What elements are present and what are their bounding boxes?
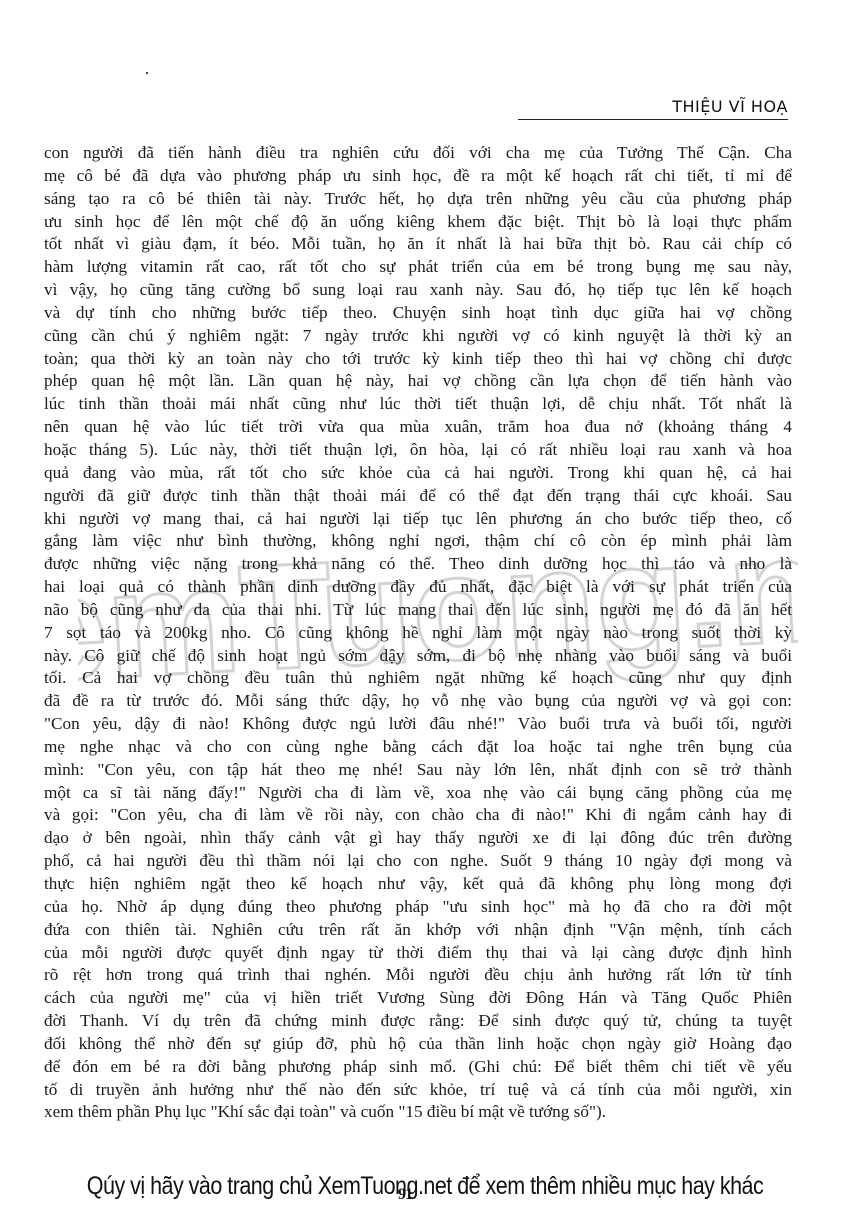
scan-speck (146, 72, 148, 74)
text-line: đời Thanh. Ví dụ trên đã chứng minh được… (44, 1010, 792, 1033)
text-line: cách của người mẹ" của vị hiền triết Vươ… (44, 987, 792, 1010)
text-line: phép quan hệ một lần. Lần quan hệ này, h… (44, 370, 792, 393)
text-line: dạo ở bên ngoài, nhìn thấy cảnh vật gì h… (44, 827, 792, 850)
text-line: ưu sinh học để lên một chế độ ăn uống ki… (44, 211, 792, 234)
text-line: toàn; qua thời kỳ an toàn này cho tới tr… (44, 348, 792, 371)
text-line: tối. Cả hai vợ chồng đều tuân thủ nghiêm… (44, 667, 792, 690)
text-line: một ca sĩ tài năng đấy!" Người cha đi là… (44, 782, 792, 805)
text-line: hàm lượng vitamin rất cao, rất tốt cho s… (44, 256, 792, 279)
text-line: mình: "Con yêu, con tập hát theo mẹ nhé!… (44, 759, 792, 782)
text-line: 7 sọt táo và 200kg nho. Cô cũng không hề… (44, 622, 792, 645)
text-line: vì vậy, họ cũng tăng cường bổ sung loại … (44, 279, 792, 302)
text-line: này. Cô giữ chế độ sinh hoạt ngủ sớm dậy… (44, 645, 792, 668)
text-line: hoặc tháng 5). Lúc này, thời tiết thuận … (44, 439, 792, 462)
text-line: người đã giữ được tinh thần thật thoải m… (44, 485, 792, 508)
text-line: để đón em bé ra đời bằng phương pháp sin… (44, 1056, 792, 1079)
text-line: xem thêm phần Phụ lục "Khí sắc đại toàn"… (44, 1101, 792, 1124)
text-line: lúc tinh thần thoải mái nhất cũng như lú… (44, 393, 792, 416)
text-line: của mỗi người được quyết định ngay từ th… (44, 942, 792, 965)
text-line: nên quan hệ vào lúc tiết trời vừa qua mù… (44, 416, 792, 439)
header-rule (518, 119, 788, 121)
text-line: não bộ cũng như da của thai nhi. Từ lúc … (44, 599, 792, 622)
text-line: phố, cả hai người đều thì thầm nói lại c… (44, 850, 792, 873)
text-line: khi người vợ mang thai, cả hai người lại… (44, 508, 792, 531)
text-line: đã đề ra từ trước đó. Mỗi sáng thức dậy,… (44, 690, 792, 713)
text-line: hai loại quả có thành phần dinh dưỡng đầ… (44, 576, 792, 599)
text-line: mẹ cô bé đã dựa vào phương pháp ưu sinh … (44, 165, 792, 188)
text-line: tốt nhất vì giàu đạm, ít béo. Mỗi tuần, … (44, 233, 792, 256)
text-line: mẹ nghe nhạc và cho con cùng nghe bằng c… (44, 736, 792, 759)
body-paragraph: con người đã tiến hành điều tra nghiên c… (44, 142, 792, 1124)
text-line: cũng cần chú ý nghiêm ngặt: 7 ngày trước… (44, 325, 792, 348)
text-line: sáng tạo ra cô bé thiên tài này. Trước h… (44, 188, 792, 211)
text-line: gắng làm việc như bình thường, không ngh… (44, 530, 792, 553)
text-line: đối không thể nhờ đến sự giúp đỡ, phù hộ… (44, 1033, 792, 1056)
text-line: rõ rệt hơn trong quá trình thai nghén. M… (44, 964, 792, 987)
running-header: THIỆU VĨ HOẠ (518, 96, 788, 120)
text-line: đứa con thiên tài. Nghiên cứu trên rất ă… (44, 919, 792, 942)
text-line: của họ. Nhờ áp dụng đúng theo phương phá… (44, 896, 792, 919)
running-title: THIỆU VĨ HOẠ (672, 97, 788, 116)
text-line: quả đang vào mùa, rất tốt cho sức khỏe c… (44, 462, 792, 485)
footer-promo-text: Qúy vị hãy vào trang chủ XemTuong.net để… (60, 1172, 791, 1201)
page-number: 91 (398, 1186, 412, 1204)
text-line: "Con yêu, dậy đi nào! Không được ngủ lườ… (44, 713, 792, 736)
text-line: tố di truyền ảnh hưởng như thế nào đến s… (44, 1079, 792, 1102)
text-line: con người đã tiến hành điều tra nghiên c… (44, 142, 792, 165)
text-line: thực hiện nghiêm ngặt theo kế hoạch như … (44, 873, 792, 896)
text-line: và gọi: "Con yêu, cha đi làm về rồi này,… (44, 804, 792, 827)
text-line: được những việc nặng trong khả năng có t… (44, 553, 792, 576)
text-line: và dự tính cho những bước tiếp theo. Chu… (44, 302, 792, 325)
